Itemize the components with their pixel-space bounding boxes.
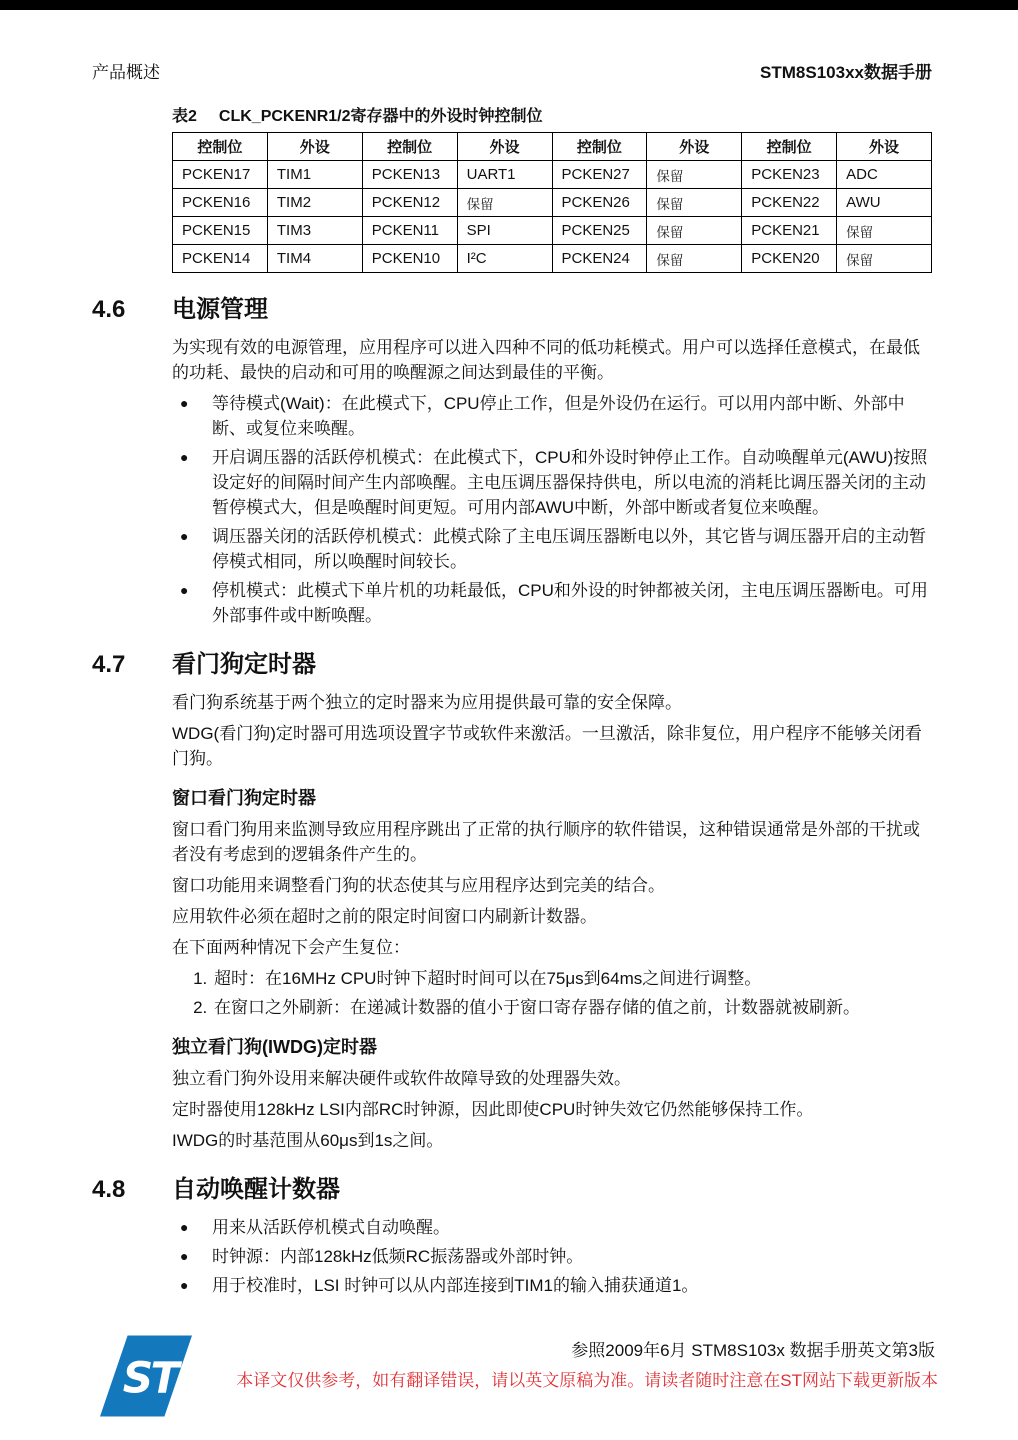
list-item: 用于校准时，LSI 时钟可以从内部连接到TIM1的输入捕获通道1。 (172, 1273, 932, 1298)
control-bit-cell: PCKEN10 (362, 245, 457, 273)
section-heading-watchdog: 4.7 看门狗定时器 (92, 650, 932, 680)
header-section-label: 产品概述 (92, 58, 160, 83)
paragraph: 窗口功能用来调整看门狗的状态使其与应用程序达到完美的结合。 (172, 873, 932, 898)
control-bit-cell: PCKEN23 (742, 161, 837, 189)
col-header: 外设 (267, 133, 362, 161)
paragraph: 在下面两种情况下会产生复位： (172, 935, 932, 960)
col-header: 控制位 (552, 133, 647, 161)
list-item: 超时：在16MHz CPU时钟下超时时间可以在75μs到64ms之间进行调整。 (212, 966, 932, 991)
control-bit-cell: PCKEN22 (742, 189, 837, 217)
list-item: 用来从活跃停机模式自动唤醒。 (172, 1215, 932, 1240)
footer-translation-notice: 本译文仅供参考，如有翻译错误，请以英文原稿为准。请读者随时注意在ST网站下载更新… (236, 1366, 938, 1391)
control-bit-cell: PCKEN25 (552, 217, 647, 245)
peripheral-cell: TIM2 (267, 189, 362, 217)
peripheral-cell: 保留 (647, 161, 742, 189)
table-row: PCKEN17 TIM1 PCKEN13 UART1 PCKEN27 保留 PC… (173, 161, 932, 189)
list-item: 在窗口之外刷新：在递减计数器的值小于窗口寄存器存储的值之前，计数器就被刷新。 (212, 995, 932, 1020)
peripheral-cell: TIM1 (267, 161, 362, 189)
section-watchdog-body: 看门狗系统基于两个独立的定时器来为应用提供最可靠的安全保障。 WDG(看门狗)定… (172, 690, 932, 1153)
peripheral-cell: 保留 (837, 217, 932, 245)
paragraph: 窗口看门狗用来监测导致应用程序跳出了正常的执行顺序的软件错误，这种错误通常是外部… (172, 817, 932, 867)
control-bit-cell: PCKEN21 (742, 217, 837, 245)
section-title: 自动唤醒计数器 (172, 1175, 932, 1205)
peripheral-cell: TIM3 (267, 217, 362, 245)
list-item: 开启调压器的活跃停机模式：在此模式下，CPU和外设时钟停止工作。自动唤醒单元(A… (172, 445, 932, 520)
reset-conditions-list: 超时：在16MHz CPU时钟下超时时间可以在75μs到64ms之间进行调整。 … (172, 966, 932, 1020)
col-header: 外设 (457, 133, 552, 161)
control-bit-cell: PCKEN16 (173, 189, 268, 217)
control-bit-cell: PCKEN24 (552, 245, 647, 273)
datasheet-page: 产品概述 STM8S103xx数据手册 表2CLK_PCKENR1/2寄存器中的… (0, 0, 1018, 1440)
table-row: PCKEN14 TIM4 PCKEN10 I²C PCKEN24 保留 PCKE… (173, 245, 932, 273)
control-bit-cell: PCKEN20 (742, 245, 837, 273)
st-logo-icon: ST (100, 1333, 192, 1419)
section-title: 电源管理 (172, 295, 932, 325)
section-power-body: 为实现有效的电源管理，应用程序可以进入四种不同的低功耗模式。用户可以选择任意模式… (172, 335, 932, 628)
paragraph: WDG(看门狗)定时器可用选项设置字节或软件来激活。一旦激活，除非复位，用户程序… (172, 721, 932, 771)
list-item: 调压器关闭的活跃停机模式：此模式除了主电压调压器断电以外，其它皆与调压器开启的主… (172, 524, 932, 574)
power-modes-list: 等待模式(Wait)：在此模式下，CPU停止工作，但是外设仍在运行。可以用内部中… (172, 391, 932, 628)
col-header: 外设 (647, 133, 742, 161)
peripheral-cell: 保留 (647, 245, 742, 273)
table-caption-title: CLK_PCKENR1/2寄存器中的外设时钟控制位 (219, 108, 543, 125)
peripheral-cell: 保留 (647, 189, 742, 217)
section-title: 看门狗定时器 (172, 650, 932, 680)
page-content: 产品概述 STM8S103xx数据手册 表2CLK_PCKENR1/2寄存器中的… (92, 58, 932, 1302)
peripheral-cell: I²C (457, 245, 552, 273)
section-number: 4.6 (92, 295, 125, 325)
section-heading-awu: 4.8 自动唤醒计数器 (92, 1175, 932, 1205)
col-header: 外设 (837, 133, 932, 161)
page-header: 产品概述 STM8S103xx数据手册 (92, 58, 932, 83)
control-bit-cell: PCKEN17 (173, 161, 268, 189)
control-bit-cell: PCKEN14 (173, 245, 268, 273)
table-head: 控制位 外设 控制位 外设 控制位 外设 控制位 外设 (173, 133, 932, 161)
scan-top-border (0, 0, 1018, 10)
table-caption-label: 表2 (172, 108, 197, 125)
peripheral-cell: TIM4 (267, 245, 362, 273)
paragraph: 为实现有效的电源管理，应用程序可以进入四种不同的低功耗模式。用户可以选择任意模式… (172, 335, 932, 385)
peripheral-cell: SPI (457, 217, 552, 245)
peripheral-cell: 保留 (837, 245, 932, 273)
table-body: PCKEN17 TIM1 PCKEN13 UART1 PCKEN27 保留 PC… (173, 161, 932, 273)
section-heading-power: 4.6 电源管理 (92, 295, 932, 325)
control-bit-cell: PCKEN15 (173, 217, 268, 245)
col-header: 控制位 (173, 133, 268, 161)
col-header: 控制位 (742, 133, 837, 161)
paragraph: 独立看门狗外设用来解决硬件或软件故障导致的处理器失效。 (172, 1066, 932, 1091)
control-bit-cell: PCKEN27 (552, 161, 647, 189)
footer-reference-line: 参照2009年6月 STM8S103x 数据手册英文第3版 (571, 1336, 935, 1361)
paragraph: 看门狗系统基于两个独立的定时器来为应用提供最可靠的安全保障。 (172, 690, 932, 715)
control-bit-cell: PCKEN11 (362, 217, 457, 245)
peripheral-cell: AWU (837, 189, 932, 217)
table-header-row: 控制位 外设 控制位 外设 控制位 外设 控制位 外设 (173, 133, 932, 161)
control-bit-cell: PCKEN12 (362, 189, 457, 217)
section-number: 4.8 (92, 1175, 125, 1205)
paragraph: IWDG的时基范围从60μs到1s之间。 (172, 1128, 932, 1153)
pcken-clock-control-table: 控制位 外设 控制位 外设 控制位 外设 控制位 外设 PCKEN17 TIM1… (172, 132, 932, 273)
peripheral-cell: UART1 (457, 161, 552, 189)
list-item: 等待模式(Wait)：在此模式下，CPU停止工作，但是外设仍在运行。可以用内部中… (172, 391, 932, 441)
peripheral-cell: ADC (837, 161, 932, 189)
subsection-heading-window-watchdog: 窗口看门狗定时器 (172, 785, 932, 811)
control-bit-cell: PCKEN26 (552, 189, 647, 217)
col-header: 控制位 (362, 133, 457, 161)
table-row: PCKEN16 TIM2 PCKEN12 保留 PCKEN26 保留 PCKEN… (173, 189, 932, 217)
table-row: PCKEN15 TIM3 PCKEN11 SPI PCKEN25 保留 PCKE… (173, 217, 932, 245)
peripheral-cell: 保留 (647, 217, 742, 245)
section-number: 4.7 (92, 650, 125, 680)
control-bit-cell: PCKEN13 (362, 161, 457, 189)
paragraph: 应用软件必须在超时之前的限定时间窗口内刷新计数器。 (172, 904, 932, 929)
header-doc-title: STM8S103xx数据手册 (760, 58, 932, 83)
subsection-heading-iwdg: 独立看门狗(IWDG)定时器 (172, 1034, 932, 1060)
st-logo-text: ST (123, 1354, 183, 1403)
list-item: 时钟源：内部128kHz低频RC振荡器或外部时钟。 (172, 1244, 932, 1269)
awu-features-list: 用来从活跃停机模式自动唤醒。 时钟源：内部128kHz低频RC振荡器或外部时钟。… (172, 1215, 932, 1298)
peripheral-cell: 保留 (457, 189, 552, 217)
section-awu-body: 用来从活跃停机模式自动唤醒。 时钟源：内部128kHz低频RC振荡器或外部时钟。… (172, 1215, 932, 1298)
table-caption: 表2CLK_PCKENR1/2寄存器中的外设时钟控制位 (172, 103, 932, 126)
list-item: 停机模式：此模式下单片机的功耗最低，CPU和外设的时钟都被关闭，主电压调压器断电… (172, 578, 932, 628)
paragraph: 定时器使用128kHz LSI内部RC时钟源，因此即使CPU时钟失效它仍然能够保… (172, 1097, 932, 1122)
